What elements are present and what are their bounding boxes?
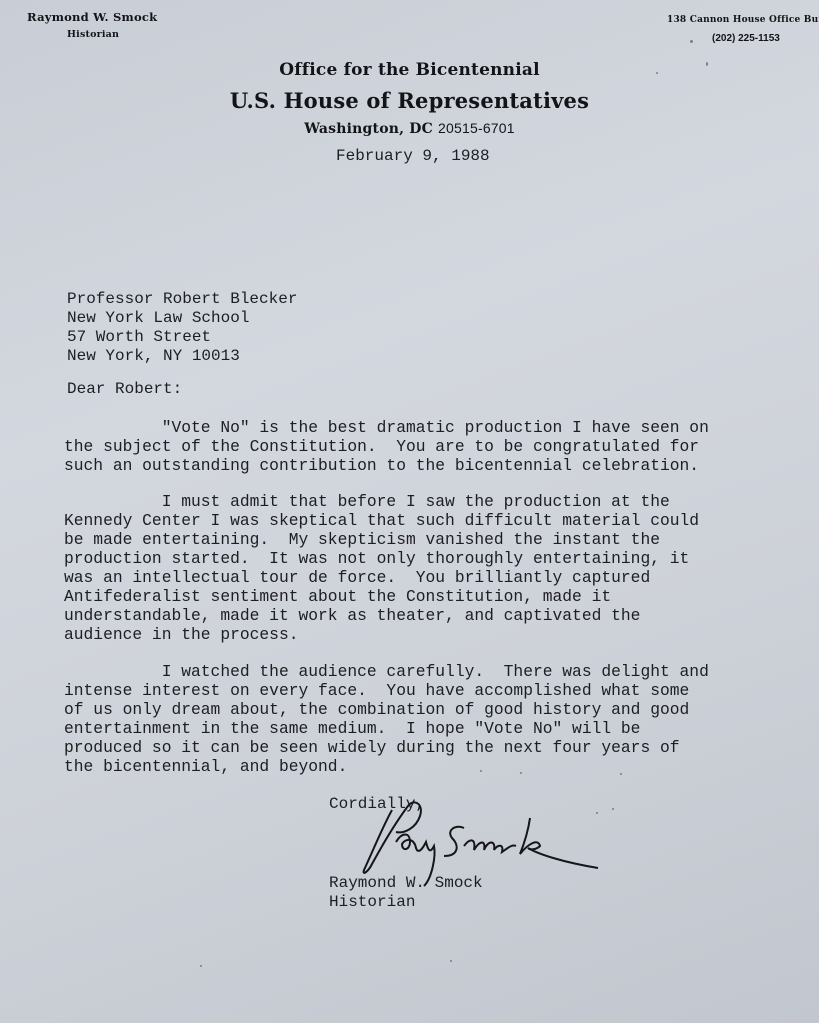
paper-speck (620, 773, 622, 775)
letterhead-institution: U.S. House of Representatives (0, 88, 819, 113)
salutation: Dear Robert: (67, 380, 182, 398)
paper-speck (520, 772, 522, 774)
recipient-line: 57 Worth Street (67, 328, 297, 347)
letterhead-phone: (202) 225-1153 (712, 33, 780, 44)
recipient-address: Professor Robert Blecker New York Law Sc… (67, 290, 297, 366)
letterhead-office-address: 138 Cannon House Office Build (667, 15, 819, 25)
body-paragraph: "Vote No" is the best dramatic productio… (64, 418, 709, 475)
paper-speck (690, 40, 693, 43)
letterhead-zip: 20515-6701 (438, 120, 515, 136)
body-paragraph: I must admit that before I saw the produ… (64, 492, 699, 644)
paper-speck (656, 72, 658, 74)
paper-speck (480, 770, 482, 772)
signature-name: Raymond W. Smock (329, 874, 483, 892)
recipient-line: New York, NY 10013 (67, 347, 297, 366)
letterhead-sender-name: Raymond W. Smock (27, 11, 157, 24)
letterhead-city: Washington, DC 20515-6701 (0, 120, 819, 137)
letter-page: Raymond W. Smock Historian 138 Cannon Ho… (0, 0, 819, 1023)
letterhead-sender-title: Historian (67, 29, 119, 40)
recipient-line: Professor Robert Blecker (67, 290, 297, 309)
paper-speck (612, 808, 614, 810)
recipient-line: New York Law School (67, 309, 297, 328)
letterhead-office: Office for the Bicentennial (0, 60, 819, 80)
paper-speck (450, 960, 452, 962)
letterhead-city-name: Washington, DC (304, 121, 433, 137)
body-paragraph: I watched the audience carefully. There … (64, 662, 709, 776)
paper-speck (596, 812, 598, 814)
paper-speck (706, 62, 708, 66)
paper-speck (200, 965, 202, 967)
signature-title: Historian (329, 893, 415, 911)
letter-date: February 9, 1988 (336, 147, 490, 165)
